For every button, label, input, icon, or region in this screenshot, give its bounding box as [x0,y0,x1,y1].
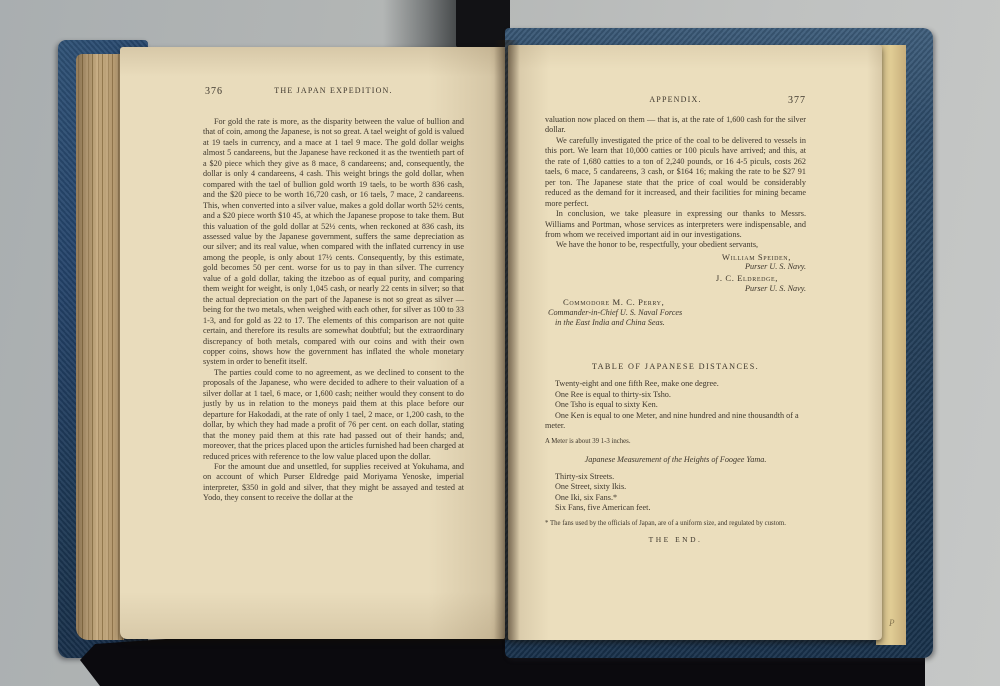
right-body-text: valuation now placed on them — that is, … [545,115,806,251]
left-page-number: 376 [205,86,223,97]
heights-heading: Japanese Measurement of the Heights of F… [545,455,806,464]
paragraph: In conclusion, we take pleasure in expre… [545,209,806,240]
book-stand-strip [456,0,510,47]
left-text-column: 376 THE JAPAN EXPEDITION. For gold the r… [203,86,464,504]
paragraph: We have the honor to be, respectfully, y… [545,240,806,250]
list-item: One Tsho is equal to sixty Ken. [545,400,806,411]
page-left: 376 THE JAPAN EXPEDITION. For gold the r… [120,47,505,639]
right-text-column: APPENDIX. 377 valuation now placed on th… [545,95,806,544]
open-book-photo: 376 THE JAPAN EXPEDITION. For gold the r… [0,0,1000,686]
paragraph: For gold the rate is more, as the dispar… [203,117,464,368]
commodore-title-line: in the East India and China Seas. [555,318,806,328]
list-item: One Ree is equal to thirty-six Tsho. [545,390,806,401]
left-running-title: THE JAPAN EXPEDITION. [203,86,464,95]
meter-footnote: A Meter is about 39 1-3 inches. [545,437,806,446]
left-body-text: For gold the rate is more, as the dispar… [203,117,464,504]
signature-name: J. C. Eldredge, [545,273,806,284]
heights-list: Thirty-six Streets. One Street, sixty Ik… [545,472,806,514]
paragraph: The parties could come to no agreement, … [203,368,464,462]
the-end-label: THE END. [545,535,806,544]
commodore-name: Commodore M. C. Perry, [563,297,806,307]
list-item: Thirty-six Streets. [545,472,806,483]
list-item: One Iki, six Fans.* [545,493,806,504]
commodore-title-line: Commander-in-Chief U. S. Naval Forces [548,308,806,318]
commodore-block: Commodore M. C. Perry, Commander-in-Chie… [545,297,806,328]
pencil-mark: P [889,618,895,628]
paragraph: valuation now placed on them — that is, … [545,115,806,136]
list-item: One Ken is equal to one Meter, and nine … [545,411,806,432]
list-item: Twenty-eight and one fifth Ree, make one… [545,379,806,390]
right-running-title: APPENDIX. [545,95,806,104]
left-page-edges [76,54,124,640]
signatures-block: William Speiden, Purser U. S. Navy. J. C… [545,252,806,294]
distances-list: Twenty-eight and one fifth Ree, make one… [545,379,806,432]
left-page-header: 376 THE JAPAN EXPEDITION. [203,86,464,100]
right-page-number: 377 [788,95,806,106]
right-page-header: APPENDIX. 377 [545,95,806,109]
page-right: APPENDIX. 377 valuation now placed on th… [508,45,882,640]
paragraph: For the amount due and unsettled, for su… [203,462,464,504]
list-item: One Street, sixty Ikis. [545,482,806,493]
paragraph: We carefully investigated the price of t… [545,136,806,209]
spine-top-shadow [383,0,461,52]
fans-footnote: * The fans used by the officials of Japa… [545,519,806,528]
signature-title: Purser U. S. Navy. [545,284,806,295]
distances-heading: TABLE OF JAPANESE DISTANCES. [545,362,806,371]
list-item: Six Fans, five American feet. [545,503,806,514]
signature-name: William Speiden, [545,252,806,263]
signature-title: Purser U. S. Navy. [545,262,806,273]
